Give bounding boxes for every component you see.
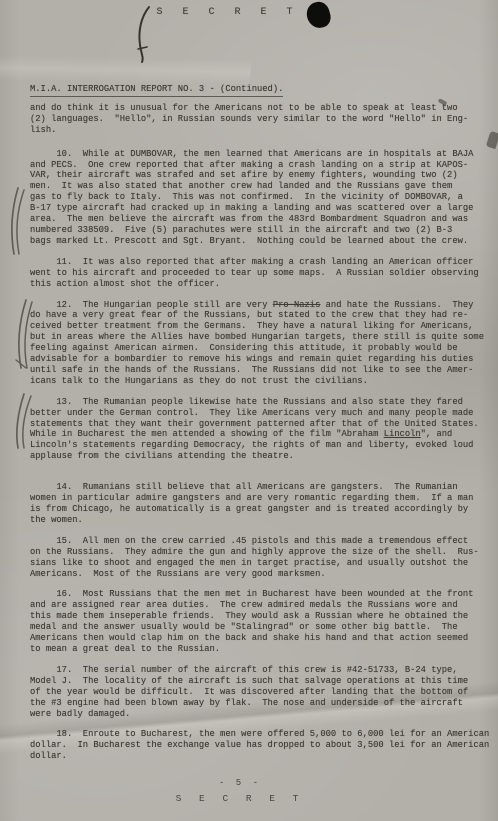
paragraph: 14. Rumanians still believe that all Ame… <box>30 482 498 526</box>
paragraph: 18. Enroute to Bucharest, the men were o… <box>30 729 498 762</box>
paragraph: 17. The serial number of the aircraft of… <box>30 665 498 720</box>
paragraph: 16. Most Russians that the men met in Bu… <box>30 589 498 654</box>
page-number: - 5 - <box>0 778 480 788</box>
paragraph: 10. While at DUMBOVAR, the men learned t… <box>30 149 498 247</box>
paragraph: 12. The Hungarian people still are very … <box>30 300 498 387</box>
paragraph: 11. It was also reported that after maki… <box>30 257 498 290</box>
margin-emphasis-mark <box>6 186 28 256</box>
handwritten-brace-mark <box>134 3 156 65</box>
document-body: M.I.A. INTERROGATION REPORT NO. 3 - (Con… <box>30 84 498 762</box>
classification-stamp-top: S E C R E T <box>0 7 456 18</box>
scanned-document-page: S E C R E T M.I.A. INTERROGATION REPORT … <box>0 0 498 821</box>
report-title: M.I.A. INTERROGATION REPORT NO. 3 - (Con… <box>30 84 283 97</box>
classification-stamp-bottom: S E C R E T <box>0 793 480 804</box>
paragraph: 15. All men on the crew carried .45 pist… <box>30 536 498 580</box>
paragraph-list: and do think it is unusual for the Ameri… <box>30 103 498 762</box>
paragraph: 13. The Rumanian people likewise hate th… <box>30 397 498 462</box>
hole-punch-mark <box>304 0 333 30</box>
paragraph: and do think it is unusual for the Ameri… <box>30 103 498 136</box>
